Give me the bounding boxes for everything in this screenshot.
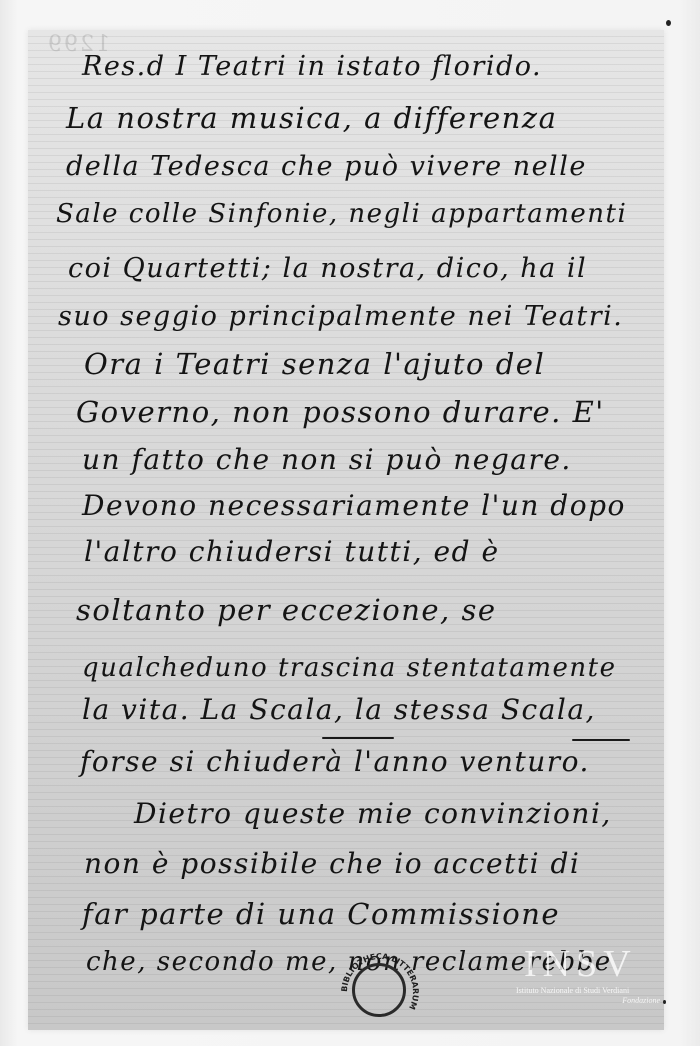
handwritten-line: della Tedesca che può vivere nelle (66, 153, 587, 180)
handwritten-line: non è possibile che io accetti di (84, 850, 580, 878)
ink-speck (663, 1000, 666, 1004)
handwritten-line: Governo, non possono durare. E' (76, 398, 605, 427)
handwritten-line: forse si chiuderà l'anno venturo. (80, 748, 590, 776)
handwritten-line: far parte di una Commissione (82, 900, 560, 929)
handwritten-line: Ora i Teatri senza l'ajuto del (84, 350, 545, 379)
handwritten-line: La nostra musica, a differenza (66, 104, 557, 133)
handwritten-line: un fatto che non si può negare. (82, 446, 572, 474)
underline-scala (322, 737, 394, 739)
handwritten-line: la vita. La Scala, la stessa Scala, (82, 696, 596, 724)
underline-scala (572, 739, 630, 741)
watermark-institution: Istituto Nazionale di Studi Verdiani (516, 986, 629, 995)
handwritten-line: coi Quartetti; la nostra, dico, ha il (68, 255, 587, 282)
watermark-logo: INSV (524, 942, 637, 986)
library-stamp-text-icon: BIBLIOTHECA LITTERARUM (340, 952, 420, 1032)
handwritten-line: Sale colle Sinfonie, negli appartamenti (56, 201, 627, 227)
handwritten-line: qualcheduno trascina stentatamente (82, 655, 617, 681)
handwritten-line: Devono necessariamente l'un dopo (82, 492, 626, 520)
handwritten-line: soltanto per eccezione, se (76, 596, 497, 625)
watermark-subtitle: Fondazione (622, 996, 660, 1005)
ink-speck (666, 20, 671, 26)
handwritten-line: l'altro chiudersi tutti, ed è (84, 538, 500, 566)
svg-text:BIBLIOTHECA LITTERARUM: BIBLIOTHECA LITTERARUM (340, 952, 420, 1011)
insv-watermark: INSV Istituto Nazionale di Studi Verdian… (516, 942, 664, 1002)
page-frame: 1299 Res.d I Teatri in istato florido.La… (0, 0, 700, 1046)
handwritten-line: Dietro queste mie convinzioni, (134, 800, 612, 828)
handwritten-line: Res.d I Teatri in istato florido. (82, 53, 542, 80)
handwritten-line: suo seggio principalmente nei Teatri. (58, 303, 623, 330)
